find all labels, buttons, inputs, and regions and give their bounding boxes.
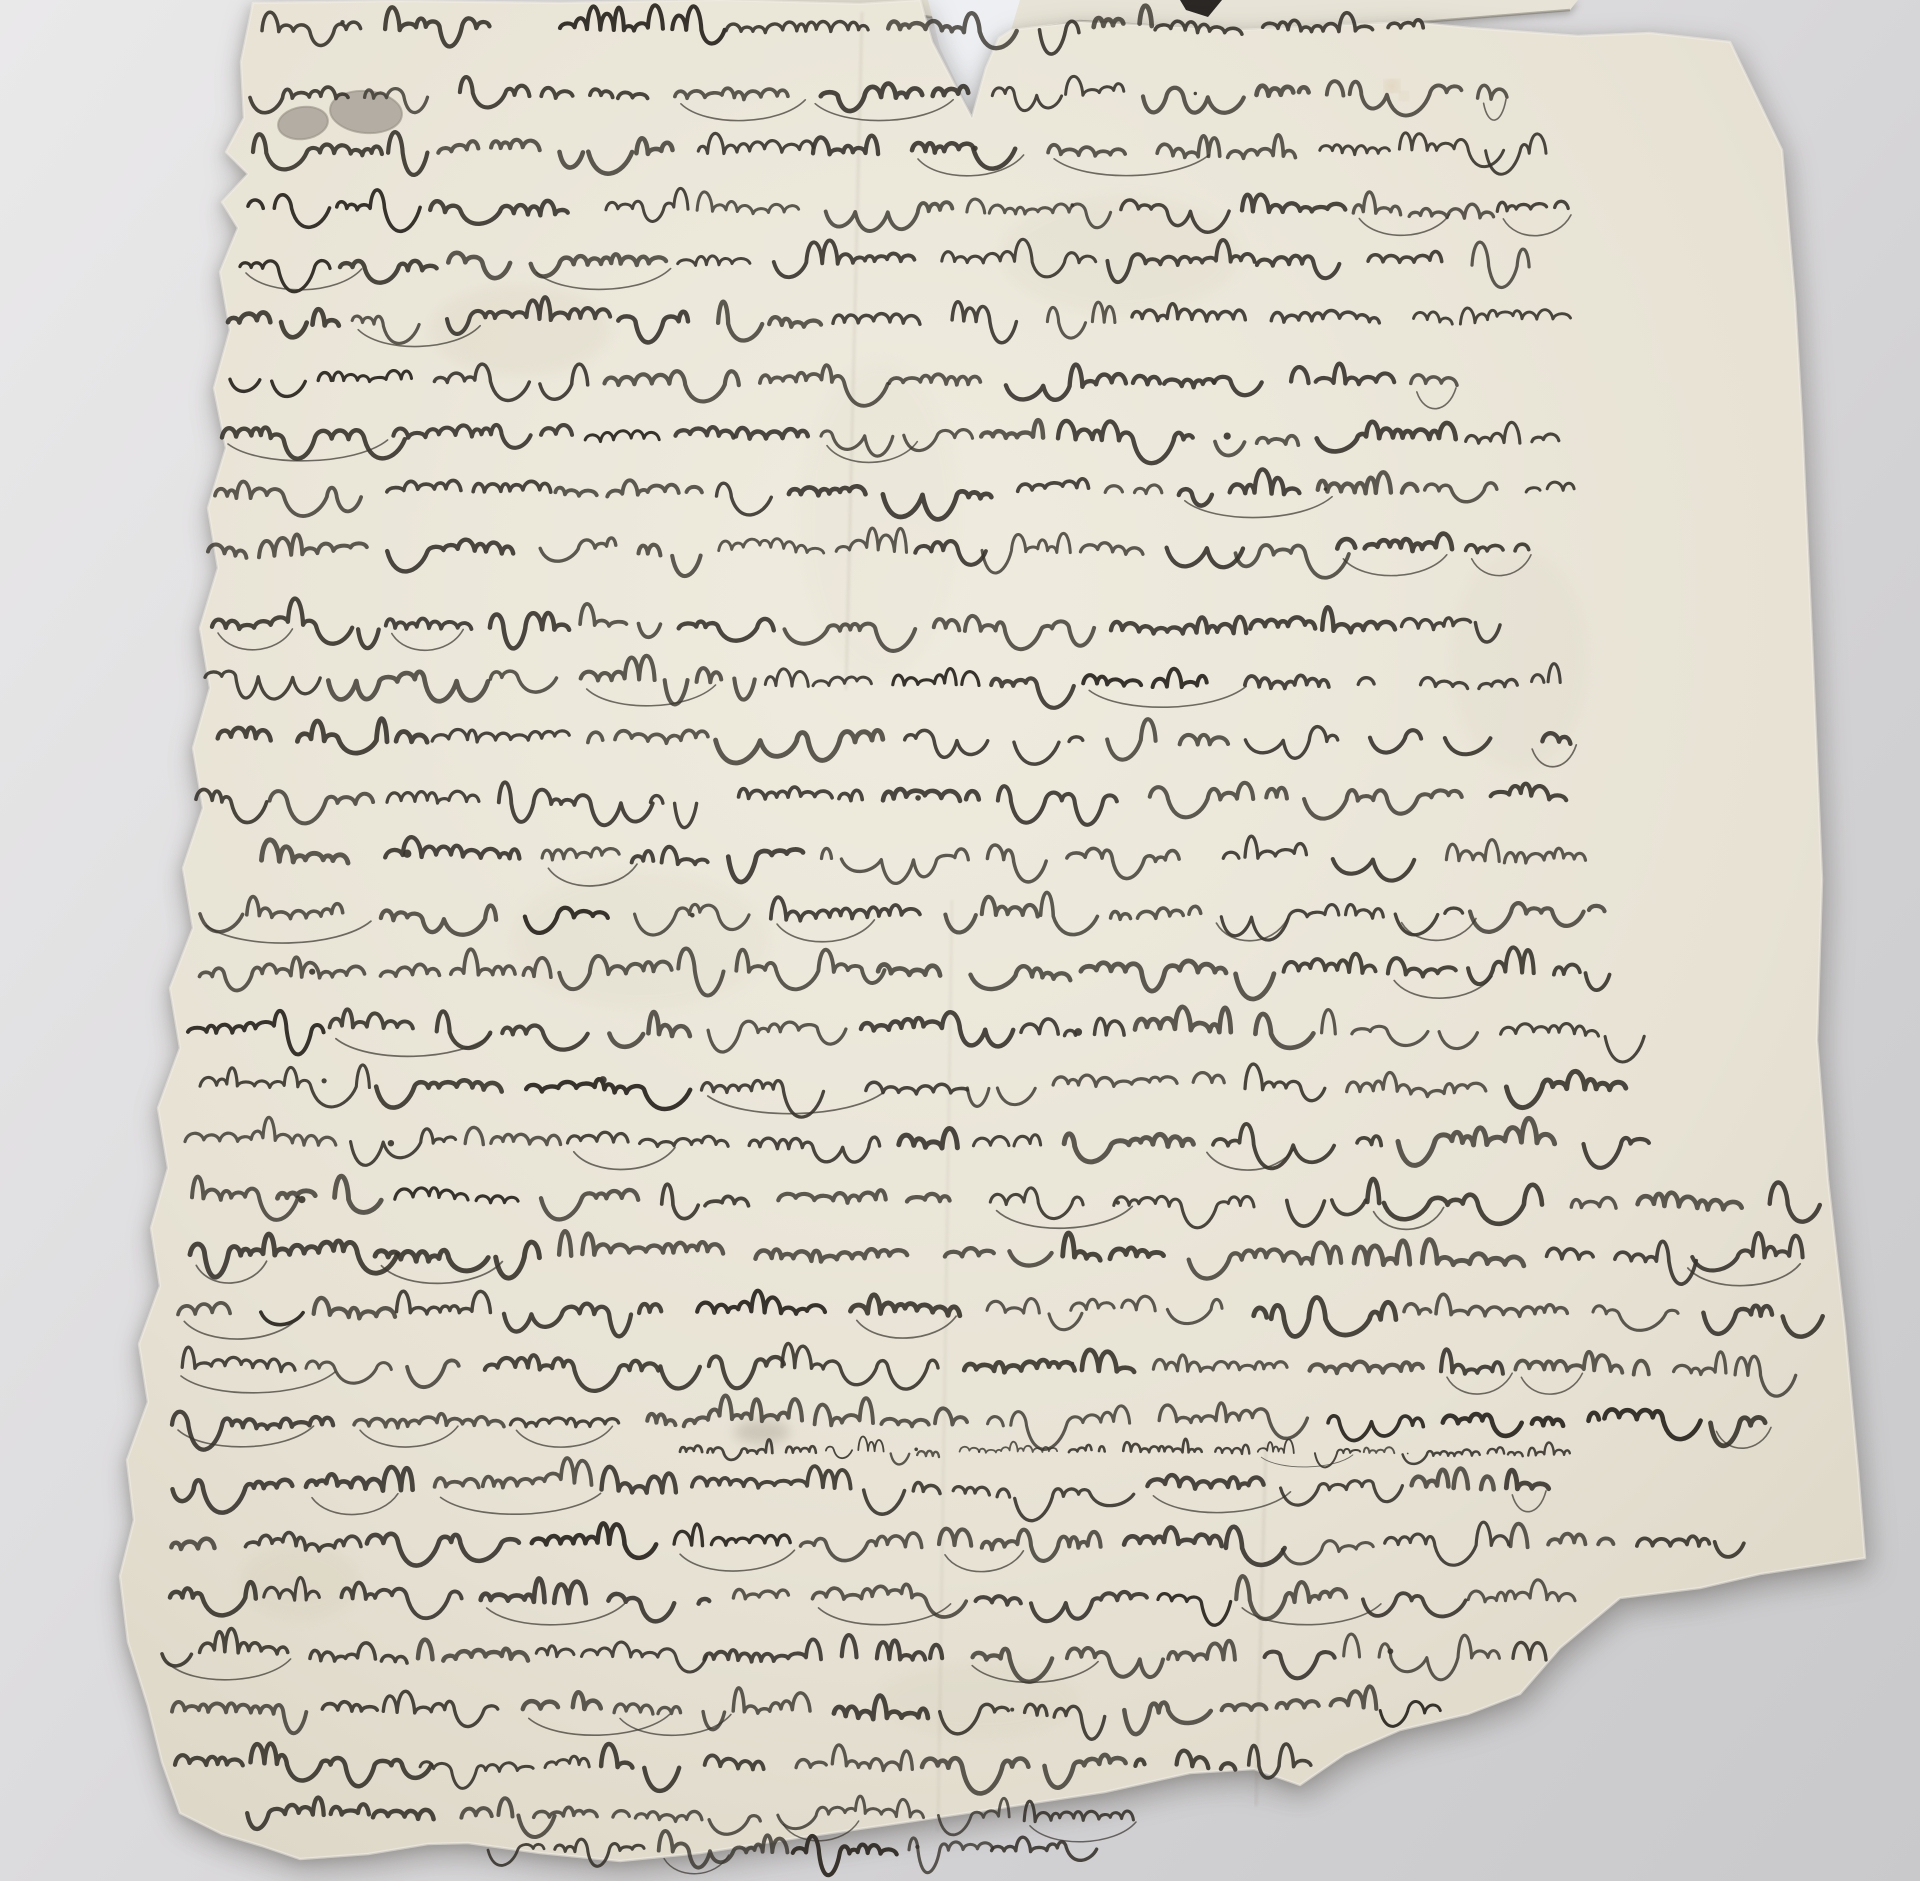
ink-blot bbox=[388, 1140, 394, 1146]
paper-stain bbox=[430, 285, 610, 375]
ink-blot bbox=[1116, 1200, 1120, 1204]
paper-sheet bbox=[120, 0, 1865, 1861]
manuscript-paper bbox=[120, 0, 1865, 1861]
ink-blot bbox=[915, 1845, 919, 1849]
ink-flourish bbox=[1030, 1822, 1136, 1842]
ink-blot bbox=[1388, 1648, 1394, 1654]
ink-stroke bbox=[1024, 1801, 1133, 1821]
ink-blot bbox=[978, 1451, 980, 1453]
ink-blot bbox=[972, 146, 977, 151]
ink-blot bbox=[914, 1448, 918, 1452]
ink-blot bbox=[915, 795, 921, 801]
paper-stain bbox=[510, 870, 770, 1010]
ink-stroke bbox=[793, 1836, 897, 1875]
ink-blot bbox=[309, 969, 315, 975]
paper-stain bbox=[1387, 82, 1397, 90]
photo-background: Photograph of an early modern handwritte… bbox=[0, 0, 1920, 1881]
paper-stain bbox=[1000, 195, 1240, 315]
ink-blot bbox=[1074, 1028, 1082, 1036]
paper-stain bbox=[240, 1544, 360, 1620]
ink-blot bbox=[1071, 203, 1075, 207]
ink-stroke bbox=[992, 1837, 1097, 1860]
ink-flourish bbox=[664, 1855, 729, 1874]
ink-blot bbox=[322, 1078, 327, 1083]
ink-blot bbox=[1224, 433, 1231, 440]
ink-blot bbox=[1407, 1453, 1409, 1455]
ink-blot bbox=[298, 1196, 305, 1203]
ink-blot bbox=[599, 1076, 607, 1084]
ink-blot bbox=[690, 913, 695, 918]
paper-stain bbox=[880, 1662, 1080, 1738]
ink-stroke bbox=[909, 1838, 993, 1873]
ink-blot bbox=[340, 20, 344, 24]
ink-blot bbox=[1010, 1708, 1014, 1712]
paper-stain bbox=[1401, 93, 1407, 99]
ink-blot bbox=[1194, 92, 1197, 95]
ink-blot bbox=[403, 850, 411, 858]
ink-blot bbox=[1324, 487, 1327, 490]
ink-blot bbox=[1211, 379, 1216, 384]
ink-blot bbox=[1071, 1362, 1075, 1366]
manuscript-photo bbox=[0, 0, 1920, 1881]
paper-stain bbox=[734, 1420, 790, 1444]
